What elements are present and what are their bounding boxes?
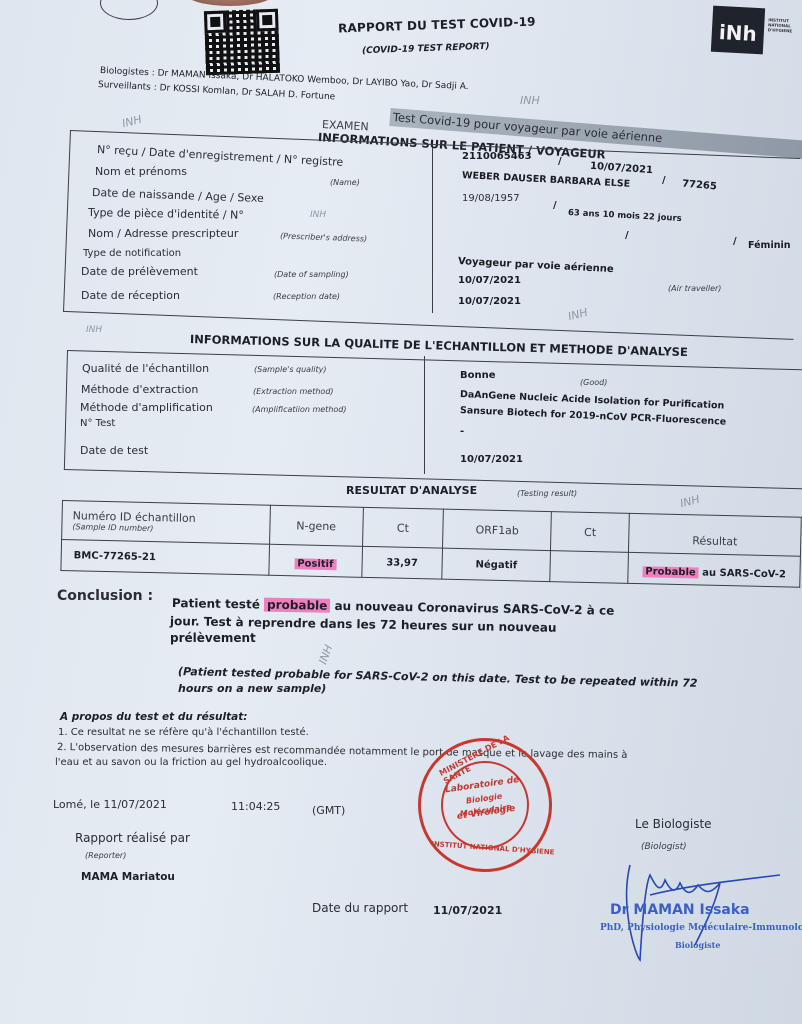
patient-sex: Féminin [748,240,791,251]
watermark: INH [310,210,326,220]
ct-2-cell [550,551,629,584]
watermark: INH [316,643,335,666]
id-doc-label: Type de pièce d'identité / N° [88,206,244,222]
test-number-value: - [460,426,464,437]
col-n-gene: N-gene [269,505,363,546]
report-title: RAPPORT DU TEST COVID-19 [338,15,536,36]
biologist-role: Biologiste [675,940,720,950]
sample-quality-value: Bonne [460,370,496,381]
about-item-2-line-2: l'eau et au savon ou la friction au gel … [55,757,327,768]
orf1ab-cell: Négatif [442,548,551,581]
report-timezone: (GMT) [312,804,345,817]
thumb [185,0,275,6]
col-result: Résultat [629,513,802,556]
reception-date: 10/07/2021 [458,296,521,307]
sampling-date: 10/07/2021 [458,275,521,286]
separator: / [553,200,557,211]
quality-label-en: (Sample's quality) [254,365,327,374]
name-label: Nom et prénoms [95,165,187,178]
extraction-label: Méthode d'extraction [81,383,198,396]
col-orf1ab: ORF1ab [443,509,552,550]
report-time: 11:04:25 [231,800,280,813]
result-section-heading: RESULTAT D'ANALYSE [346,484,477,497]
place-date: Lomé, le 11/07/2021 [53,798,167,811]
result-table: Numéro ID échantillon (Sample ID number)… [60,500,801,588]
result-rest: au SARS-CoV-2 [699,567,786,580]
biologist-name: Dr MAMAN Issaka [610,902,750,918]
reporter-label: Rapport réalisé par [75,831,190,845]
inh-logo: iNh [711,6,765,55]
birth-date: 19/08/1957 [462,193,520,204]
conclusion-en-line-2: hours on a new sample) [178,682,326,695]
n-gene-cell: Positif [269,544,362,577]
result-section-heading-en: (Testing result) [517,489,577,498]
receipt-number: 2110065463 [462,151,532,162]
conclusion-text: Patient testé [172,596,264,612]
sampling-label: Date de prélèvement [81,265,198,278]
sampling-label-en: (Date of sampling) [274,270,349,279]
amplification-label: Méthode d'amplification [80,401,213,414]
conclusion-line-3: prélèvement [170,631,256,645]
col-ct-2: Ct [551,512,630,553]
test-date-label: Date de test [80,444,148,457]
about-heading: A propos du test et du résultat: [60,711,247,723]
test-date-value: 10/07/2021 [460,454,523,465]
result-table-wrapper: Numéro ID échantillon (Sample ID number)… [60,500,801,588]
watermark: INH [679,493,701,511]
sample-quality-value-en: (Good) [580,378,607,387]
biologist-label: Le Biologiste [635,817,712,831]
togo-emblem-icon [100,0,158,20]
notification-type-en: (Air traveller) [668,284,721,293]
conclusion-highlight: probable [264,598,331,613]
about-item-1: 1. Ce resultat ne se réfère qu'à l'échan… [58,727,309,738]
ct-1-cell: 33,97 [361,546,442,579]
watermark: INH [121,113,143,131]
col-ct-1: Ct [362,507,444,548]
result-cell: Probable au SARS-CoV-2 [628,552,800,587]
biologist-title: PhD, Physiologie Moléculaire-Immunologie [600,923,802,933]
col-sample-id: Numéro ID échantillon (Sample ID number) [62,501,271,545]
watermark: INH [86,325,102,335]
extraction-label-en: (Extraction method) [253,387,334,396]
separator: / [558,156,562,167]
n-gene-value: Positif [294,558,336,570]
conclusion-label: Conclusion : [57,588,153,604]
test-number-label: N° Test [80,418,115,429]
watermark: INH [520,94,540,107]
prescriber-label: Nom / Adresse prescripteur [88,227,238,240]
reception-label: Date de réception [81,289,180,302]
separator: / [733,236,737,247]
reception-label-en: (Reception date) [273,292,340,301]
notification-label: Type de notification [83,248,181,259]
report-subtitle: (COVID-19 TEST REPORT) [362,42,490,56]
amplification-label-en: (Amplificatiion method) [252,405,346,414]
sample-box-divider [424,356,425,474]
logo-text: iNh [718,20,757,46]
separator: / [625,230,629,241]
reporter-name: MAMA Mariatou [81,871,175,883]
result-highlight: Probable [642,566,699,578]
covid-test-report-document: RAPPORT DU TEST COVID-19 (COVID-19 TEST … [0,0,802,1024]
sample-id-cell: BMC-77265-21 [61,540,270,576]
name-label-en: (Name) [330,178,360,187]
patient-box-divider [432,148,433,313]
conclusion-text: au nouveau Coronavirus SARS-CoV-2 à ce [330,599,614,618]
qr-code-icon [204,9,280,76]
reporter-label-en: (Reporter) [85,851,126,860]
logo-caption: INSTITUT NATIONAL D'HYGIENE [768,17,799,34]
report-date-label: Date du rapport [312,901,408,915]
separator: / [662,175,666,186]
report-date-value: 11/07/2021 [433,904,502,917]
quality-label: Qualité de l'échantillon [82,362,209,375]
